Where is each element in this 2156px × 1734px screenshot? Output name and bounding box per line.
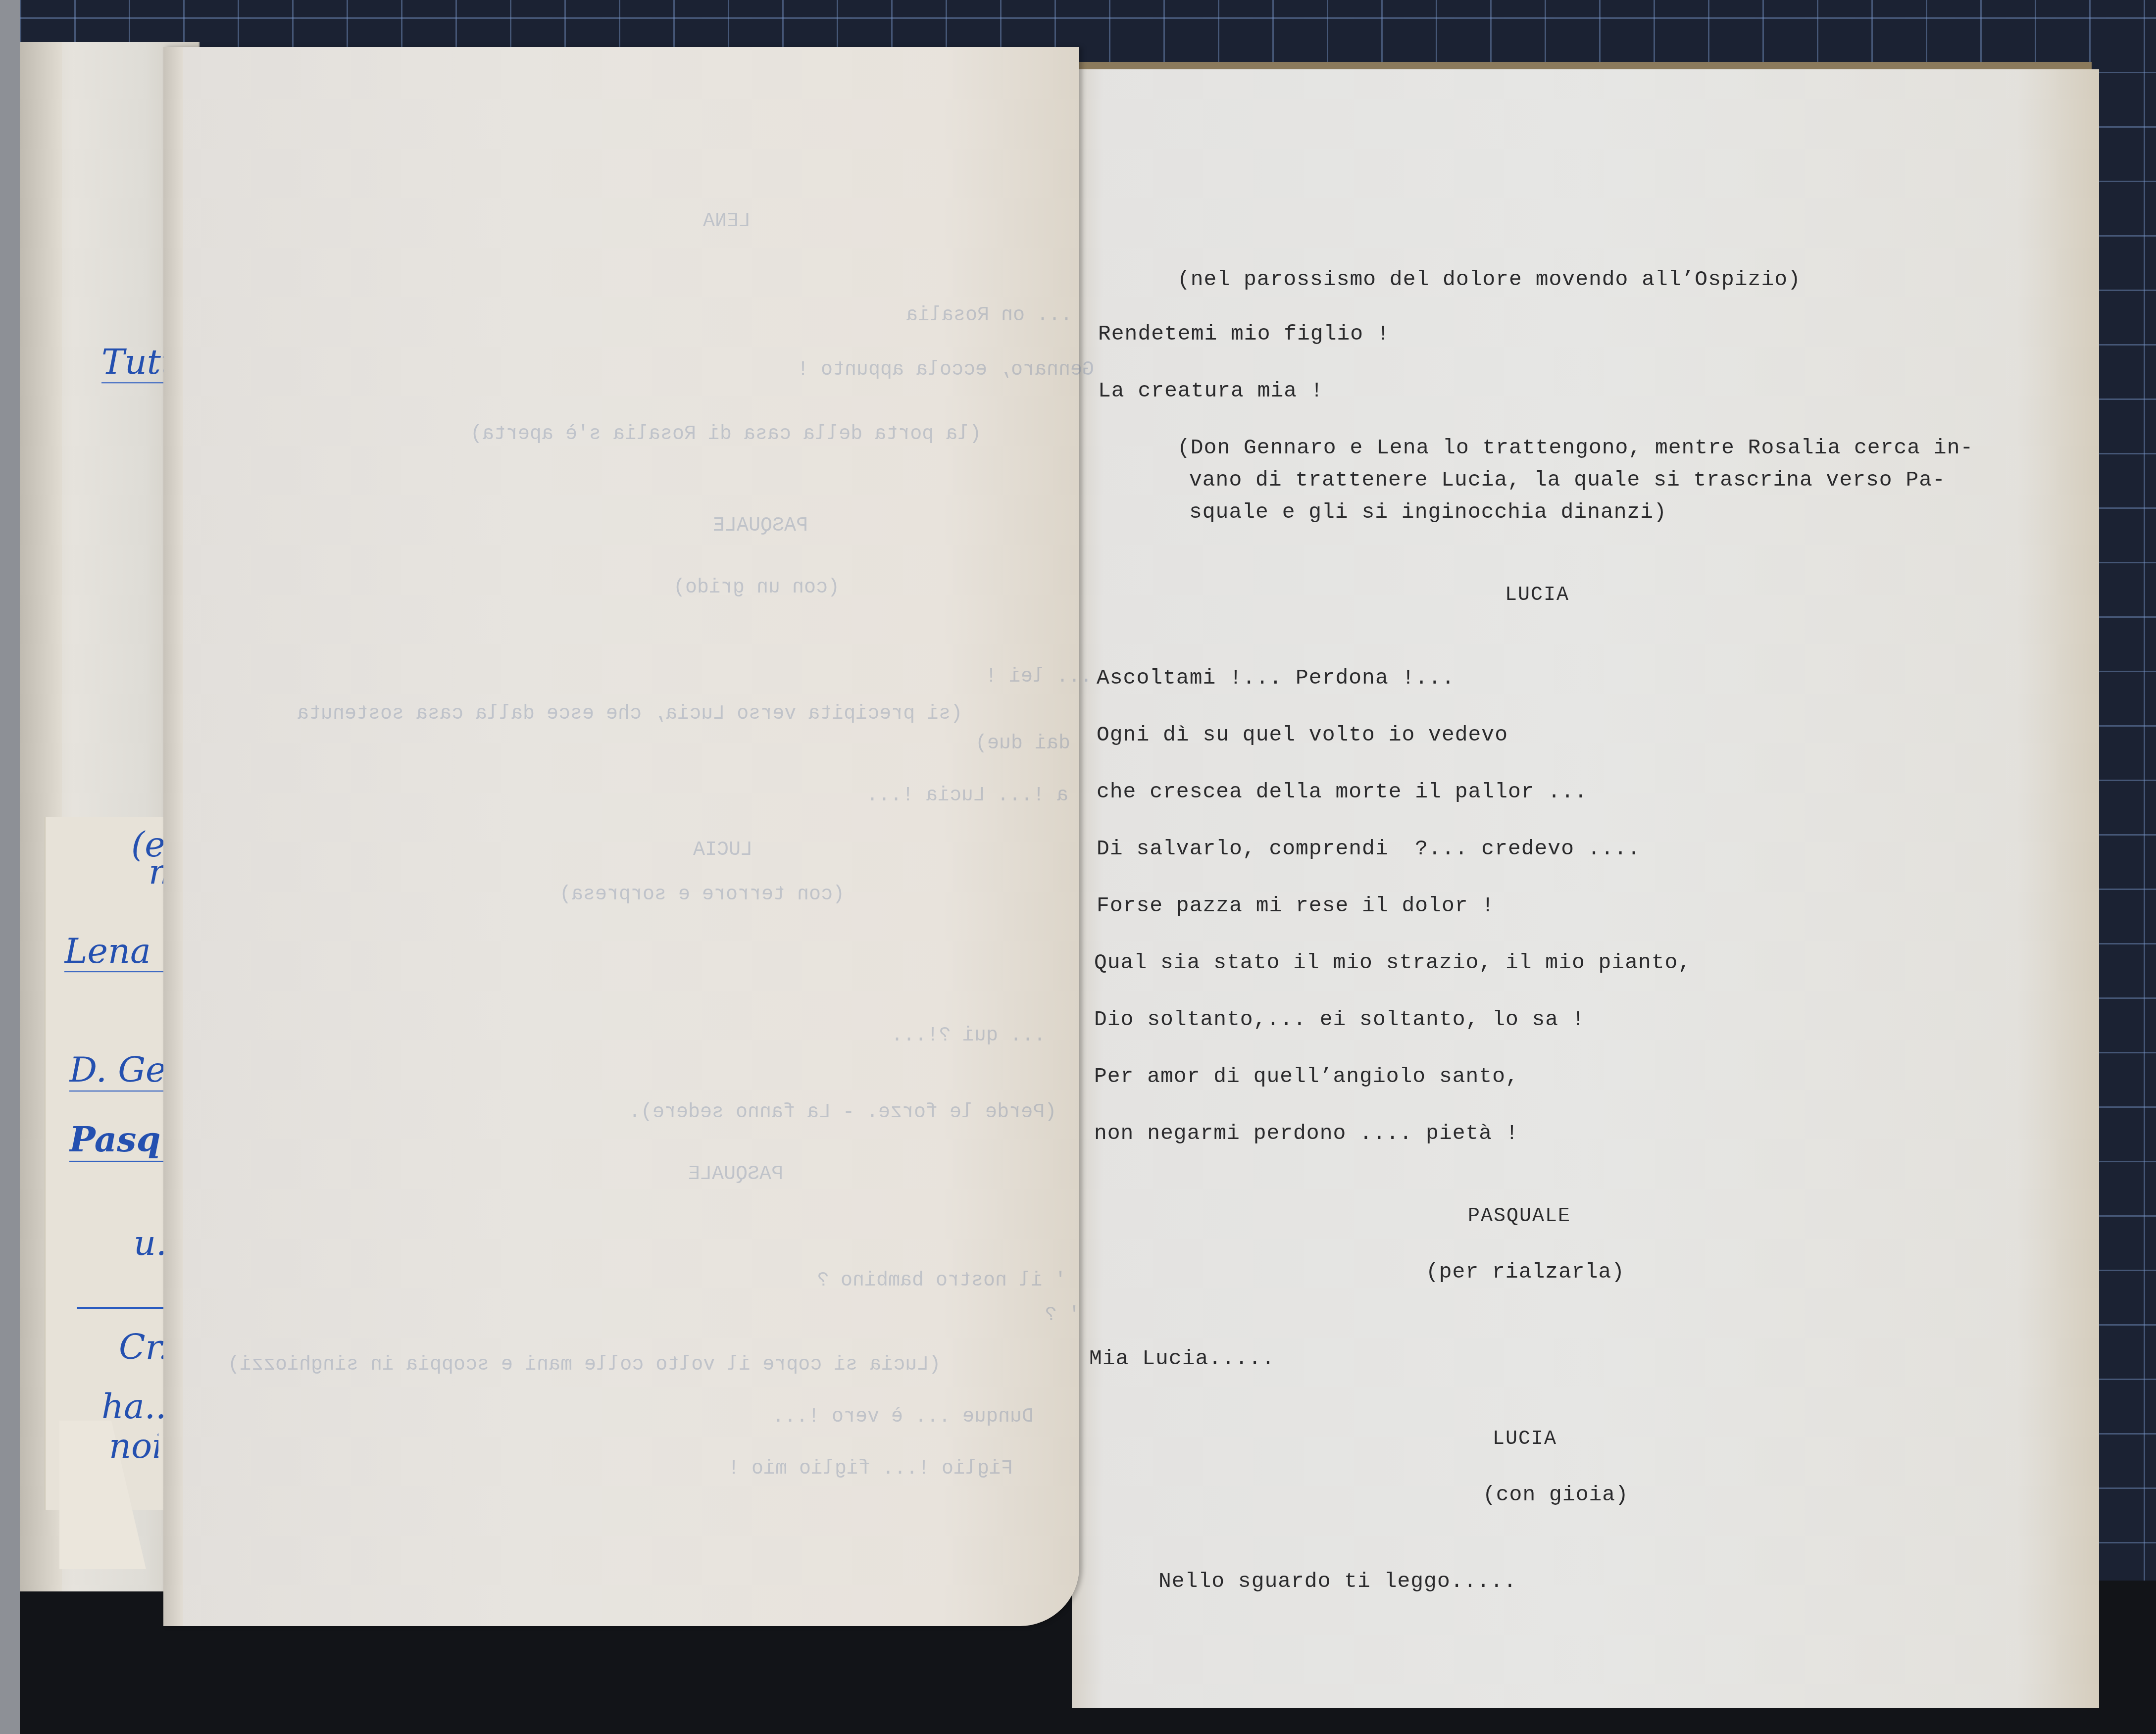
show-through-text: (con un grido) bbox=[673, 577, 840, 599]
dialogue-line: Ogni dì su quel volto io vedevo bbox=[1097, 723, 1508, 747]
show-through-text: LENA bbox=[703, 210, 751, 233]
handwritten-note: Pasq... bbox=[69, 1119, 173, 1162]
dialogue-line: Dio soltanto,... ei soltanto, lo sa ! bbox=[1094, 1007, 1585, 1032]
show-through-text: Figlio !... figlio mio ! bbox=[728, 1458, 1013, 1480]
character-name: PASQUALE bbox=[1468, 1205, 1571, 1228]
dialogue-line: Mia Lucia..... bbox=[1089, 1346, 1275, 1371]
left-surface-edge bbox=[0, 0, 20, 1734]
left-page: LENA ... on Rosalia Gennaro, eccola appu… bbox=[163, 47, 1079, 1626]
handwritten-note: noi... bbox=[109, 1426, 158, 1466]
right-page: (nel parossismo del dolore movendo all’O… bbox=[1072, 69, 2099, 1708]
handwritten-rule bbox=[77, 1307, 173, 1309]
show-through-text: LUCIA bbox=[693, 839, 752, 861]
show-through-text: Dunque ... è vero !... bbox=[772, 1406, 1034, 1428]
character-name: LUCIA bbox=[1505, 584, 1569, 606]
dialogue-line: Ascoltami !... Perdona !... bbox=[1097, 666, 1455, 690]
stage-direction: vano di trattenere Lucia, la quale si tr… bbox=[1189, 468, 1946, 492]
show-through-text: PASQUALE bbox=[688, 1163, 783, 1186]
stage-direction: (per rialzarla) bbox=[1426, 1260, 1625, 1284]
left-page-edge bbox=[163, 47, 183, 1626]
dialogue-line: Di salvarlo, comprendi ?... credevo .... bbox=[1097, 837, 1641, 861]
dialogue-line: La creatura mia ! bbox=[1098, 379, 1324, 403]
handwritten-note: Lena ( bbox=[64, 931, 173, 973]
dialogue-line: Qual sia stato il mio strazio, il mio pi… bbox=[1094, 950, 1691, 975]
character-name: LUCIA bbox=[1493, 1428, 1557, 1450]
dialogue-line: Per amor di quell’angiolo santo, bbox=[1094, 1064, 1519, 1089]
dialogue-line: che crescea della morte il pallor ... bbox=[1097, 780, 1588, 804]
stage-direction: (Don Gennaro e Lena lo trattengono, ment… bbox=[1177, 436, 1973, 460]
stage-direction: squale e gli si inginocchia dinanzi) bbox=[1189, 500, 1667, 524]
show-through-text: ... on Rosalia bbox=[906, 304, 1072, 327]
dialogue-line: Rendetemi mio figlio ! bbox=[1098, 322, 1390, 346]
stage-direction: (con gioia) bbox=[1483, 1483, 1629, 1507]
show-through-text: ' il nostro bambino ? bbox=[817, 1270, 1066, 1292]
show-through-text: (si precipita verso Lucia, che esce dall… bbox=[297, 703, 962, 725]
stage-direction: (nel parossismo del dolore movendo all’O… bbox=[1177, 267, 1801, 292]
show-through-text: a !... Lucia !... bbox=[866, 785, 1068, 807]
show-through-text: (la porta della casa di Rosalia s'è aper… bbox=[470, 423, 981, 446]
show-through-text: ... lei ! bbox=[985, 666, 1092, 688]
dialogue-line: Nello sguardo ti leggo..... bbox=[1158, 1569, 1517, 1593]
show-through-text: (Lucia si copre il volto colle mani e sc… bbox=[228, 1354, 941, 1376]
show-through-text: ' ? bbox=[1045, 1304, 1080, 1327]
handwritten-note: ha... bbox=[101, 1386, 173, 1427]
dialogue-line: non negarmi perdono .... pietà ! bbox=[1094, 1121, 1519, 1145]
show-through-text: Gennaro, eccola appunto ! bbox=[797, 359, 1094, 381]
handwritten-note: D. Genn... bbox=[69, 1049, 173, 1092]
show-through-text: PASQUALE bbox=[713, 515, 808, 537]
show-through-text: (con terrore e sorpresa) bbox=[559, 884, 845, 906]
show-through-text: (Perde le forze. - La fanno sedere). bbox=[629, 1101, 1056, 1124]
dialogue-line: Forse pazza mi rese il dolor ! bbox=[1097, 893, 1495, 918]
show-through-text: dai due) bbox=[975, 733, 1070, 755]
show-through-text: ... qui ?!... bbox=[891, 1025, 1046, 1047]
